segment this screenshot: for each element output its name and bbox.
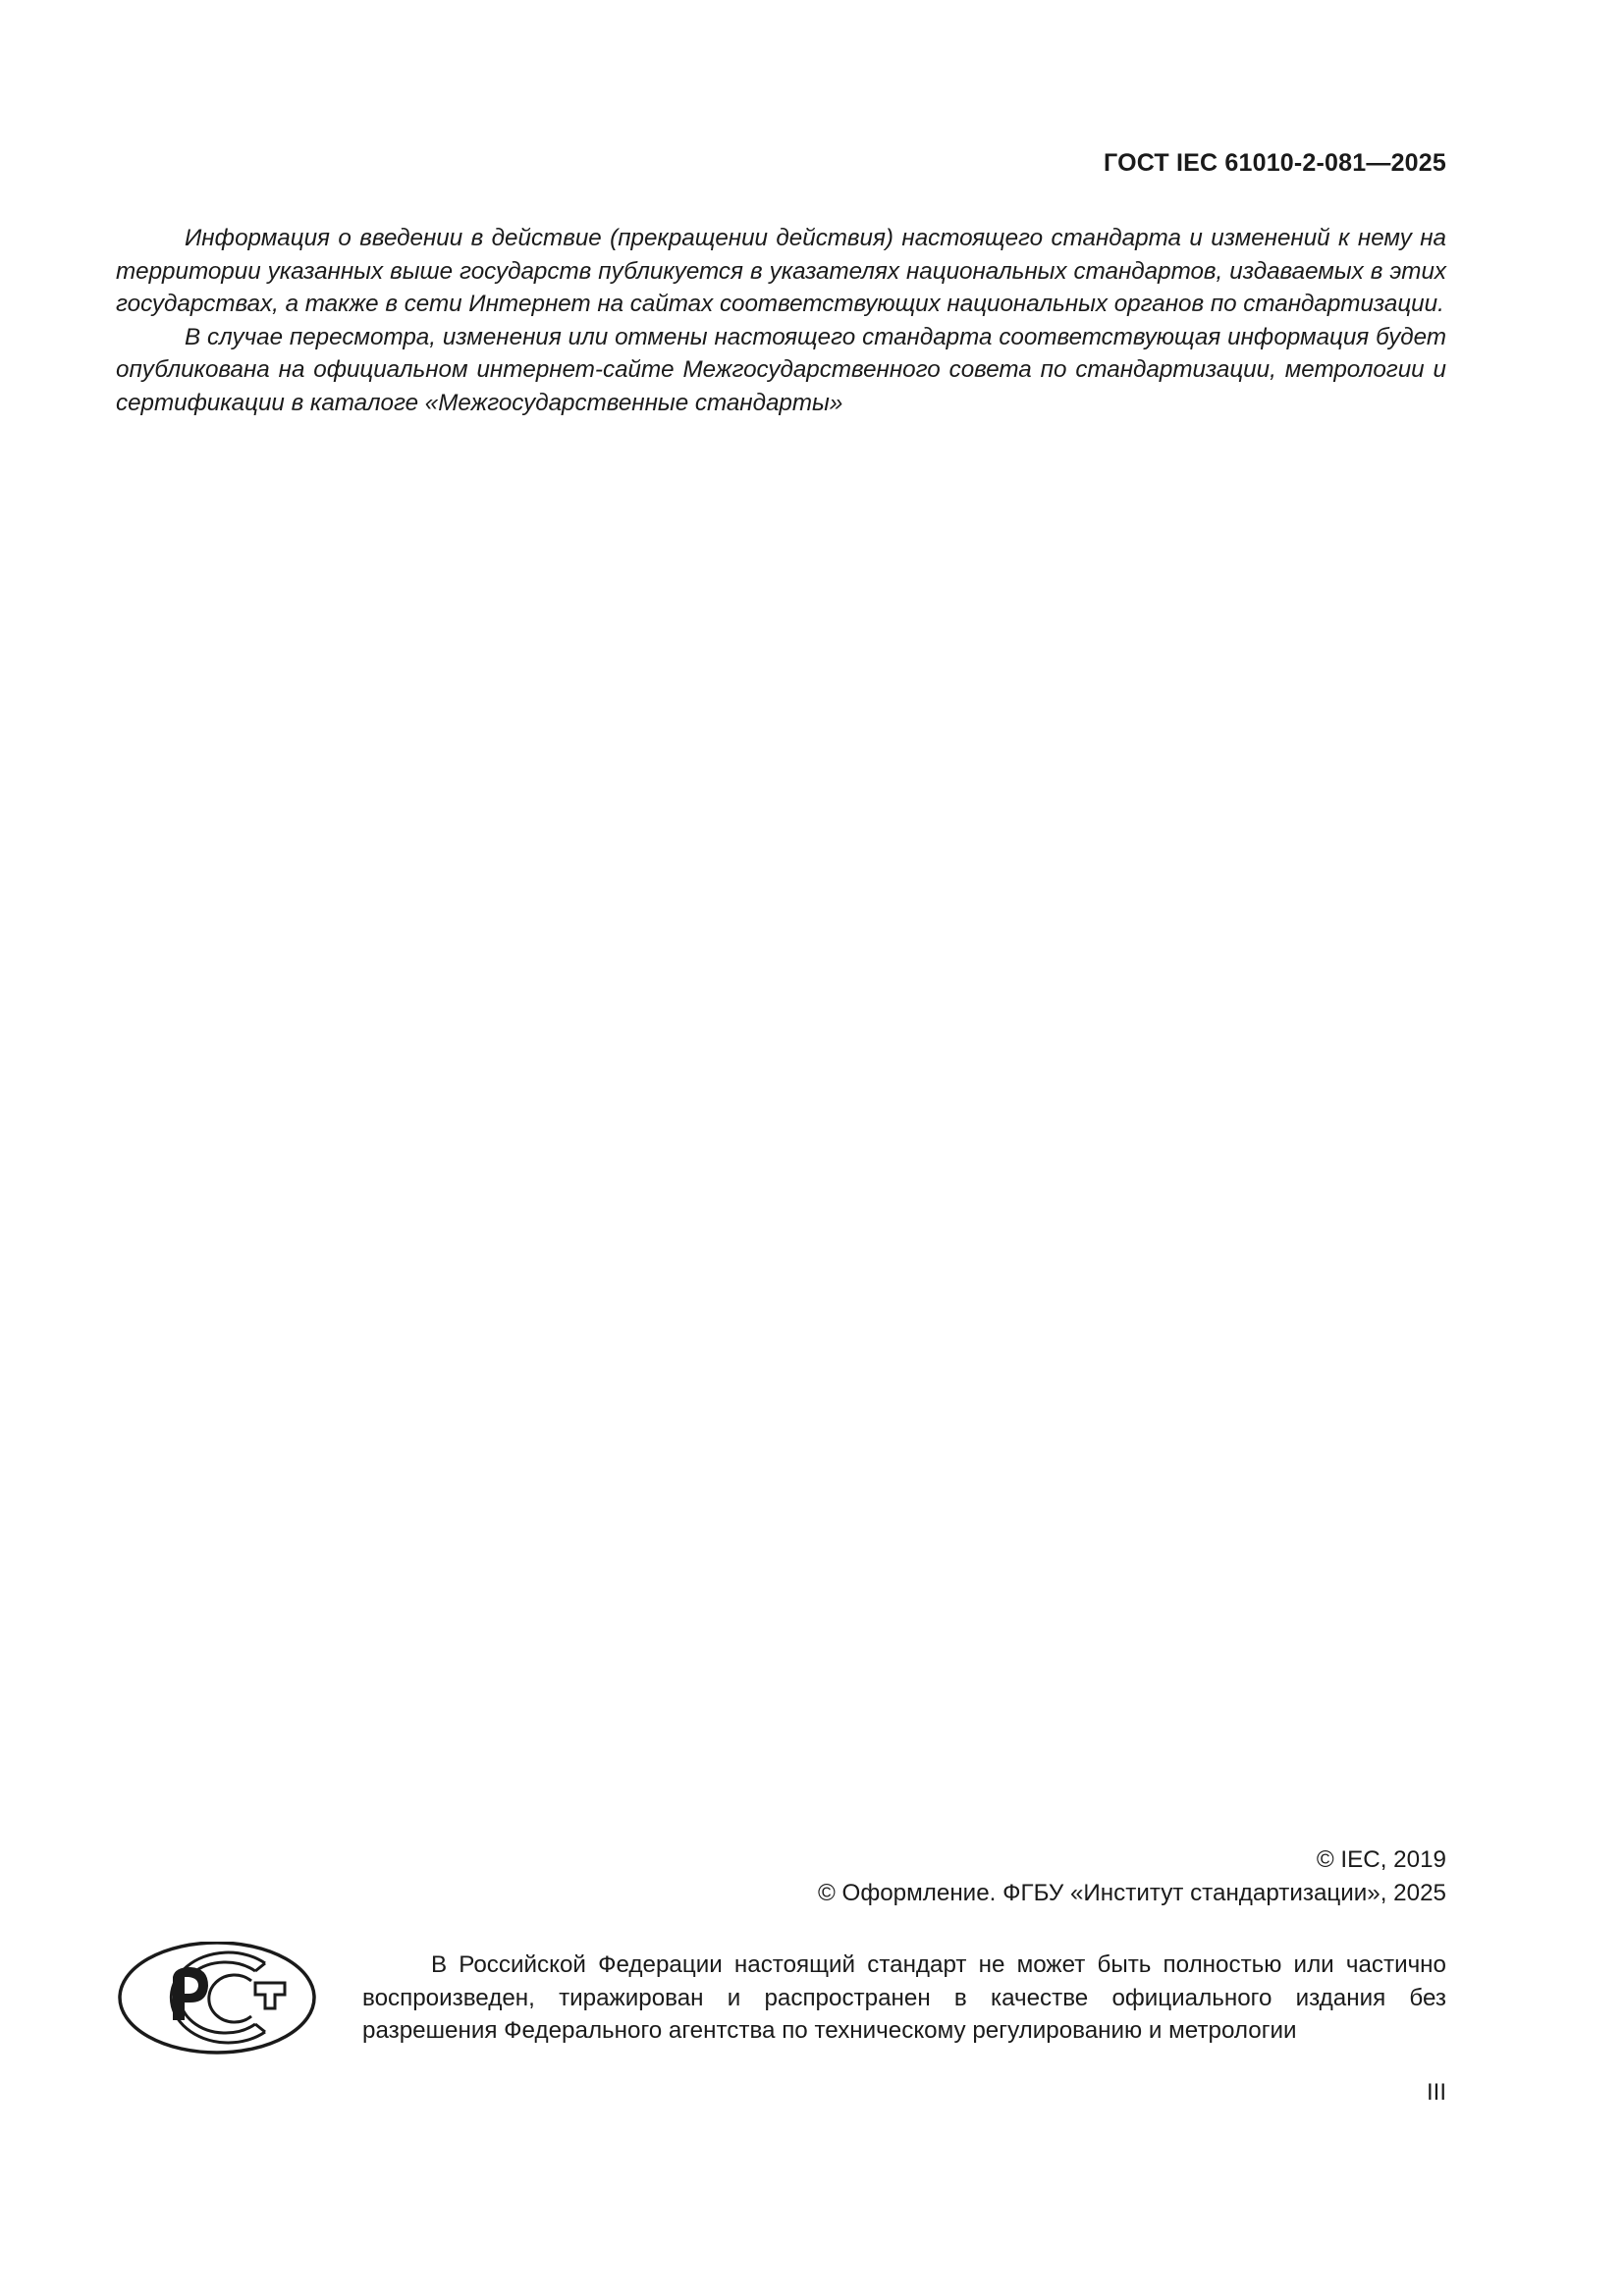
reproduction-notice-text: В Российской Федерации настоящий стандар… (362, 1949, 1446, 2048)
copyright-design: © Оформление. ФГБУ «Институт стандартиза… (818, 1877, 1446, 1910)
rst-certification-mark-icon (116, 1942, 318, 2063)
intro-section: Информация о введении в действие (прекра… (116, 222, 1446, 419)
document-code-header: ГОСТ IEC 61010-2-081—2025 (1104, 149, 1446, 178)
page-number: III (1427, 2079, 1446, 2107)
reproduction-notice: В Российской Федерации настоящий стандар… (362, 1949, 1446, 2048)
intro-paragraph-revision-info: В случае пересмотра, изменения или отмен… (116, 321, 1446, 420)
copyright-iec: © IEC, 2019 (818, 1843, 1446, 1877)
intro-paragraph-effective-info: Информация о введении в действие (прекра… (116, 222, 1446, 321)
copyright-block: © IEC, 2019 © Оформление. ФГБУ «Институт… (818, 1843, 1446, 1909)
